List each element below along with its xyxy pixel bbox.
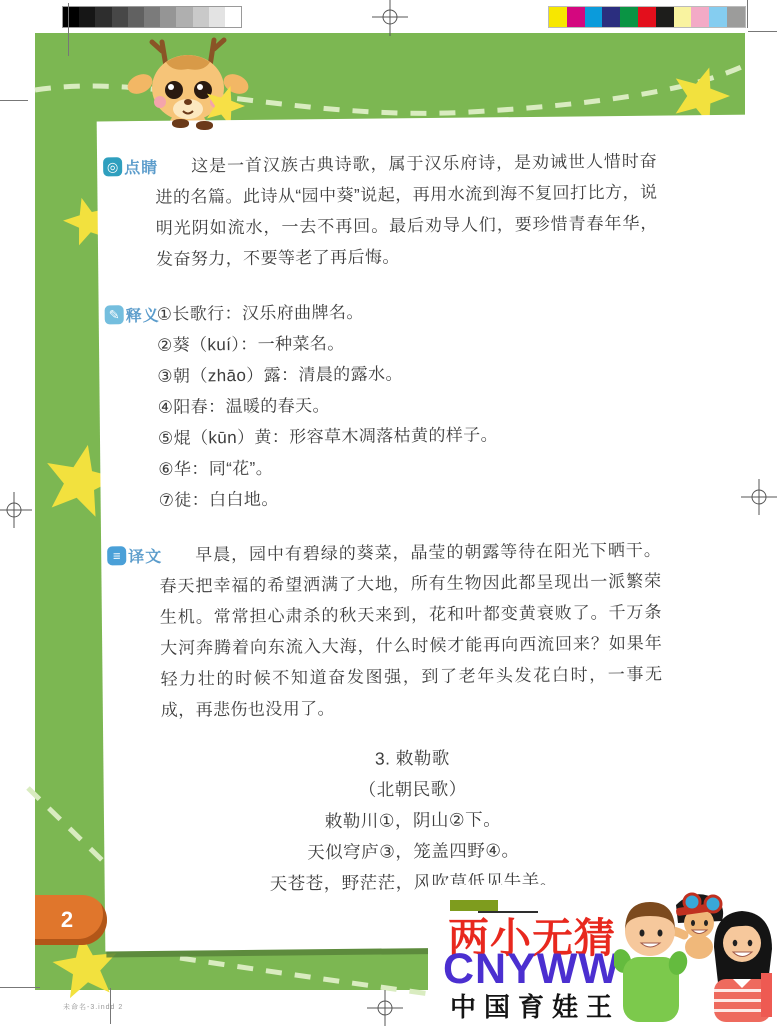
page-number-tab: 2 [35, 895, 107, 945]
dianjing-text: 这是一首汉族古典诗歌，属于汉乐府诗，是劝诫世人惜时奋进的名篇。此诗从“园中葵”说… [155, 146, 658, 275]
crop-mark [0, 100, 28, 101]
calibration-swatch [674, 7, 692, 27]
color-calibration-bar [548, 6, 746, 28]
calibration-swatch [95, 7, 111, 27]
watermark-slogan: 中国育娃王 [450, 987, 620, 1024]
badge-label: 点睛 [124, 155, 158, 178]
calibration-swatch [160, 7, 176, 27]
calibration-swatch [638, 7, 656, 27]
yiwen-text: 早晨，园中有碧绿的葵菜，晶莹的朝露等待在阳光下晒干。春天把幸福的希望洒满了大地，… [159, 535, 663, 726]
deer-hoof [196, 121, 213, 130]
scanned-book-page: ◎ 点睛 这是一首汉族古典诗歌，属于汉乐府诗，是劝诫世人惜时奋进的名篇。此诗从“… [0, 0, 777, 1024]
yiwen-badge: ≡ 译文 [107, 544, 162, 568]
registration-mark-top [372, 0, 408, 36]
registration-mark-left [0, 492, 32, 528]
badge-label: 译文 [128, 544, 162, 567]
watermark-block: 两小无猜 CNYWW 中国育娃王 [428, 885, 777, 1024]
calibration-swatch [585, 7, 603, 27]
section-shiyi: ✎ 释义 ①长歌行：汉乐府曲牌名。 ②葵（kuí）：一种菜名。 ③朝（zhāo）… [157, 294, 661, 516]
family-cartoon [614, 885, 777, 1022]
crop-mark [68, 3, 69, 56]
calibration-swatch [193, 7, 209, 27]
crop-mark [0, 987, 40, 988]
section-dianjing: ◎ 点睛 这是一首汉族古典诗歌，属于汉乐府诗，是劝诫世人惜时奋进的名篇。此诗从“… [155, 146, 658, 275]
content-card: ◎ 点睛 这是一首汉族古典诗歌，属于汉乐府诗，是劝诫世人惜时奋进的名篇。此诗从“… [97, 115, 770, 952]
deer-hoof [172, 119, 189, 128]
calibration-swatch [112, 7, 128, 27]
page-number: 2 [61, 907, 73, 933]
calibration-swatch [620, 7, 638, 27]
definition-item: ⑦徒：白白地。 [158, 480, 660, 516]
calibration-swatch [225, 7, 241, 27]
calibration-swatch [209, 7, 225, 27]
calibration-swatch [128, 7, 144, 27]
section-yiwen: ≡ 译文 早晨，园中有碧绿的葵菜，晶莹的朝露等待在阳光下晒干。春天把幸福的希望洒… [159, 535, 663, 726]
calibration-swatch [602, 7, 620, 27]
badge-label: 释义 [126, 303, 160, 326]
calibration-swatch [176, 7, 192, 27]
shiyi-badge: ✎ 释义 [105, 303, 160, 327]
calibration-swatch [144, 7, 160, 27]
calibration-swatch [727, 7, 745, 27]
grayscale-calibration-bar [62, 6, 242, 28]
crop-mark [747, 0, 748, 28]
calibration-swatch [79, 7, 95, 27]
dianjing-badge: ◎ 点睛 [103, 155, 158, 179]
registration-mark-right [741, 479, 777, 515]
poem-block: 3. 敕勒歌 （北朝民歌） 敕勒川①，阴山②下。 天似穹庐③，笼盖四野④。 天苍… [161, 741, 665, 901]
lines-icon: ≡ [107, 546, 126, 565]
calibration-swatch [691, 7, 709, 27]
target-icon: ◎ [103, 157, 122, 176]
calibration-swatch [709, 7, 727, 27]
registration-mark-bottom [367, 990, 403, 1024]
watermark-red-bar [761, 973, 772, 1017]
footer-file-label: 未命名-3.indd 2 [63, 1002, 123, 1012]
calibration-swatch [549, 7, 567, 27]
calibration-swatch [63, 7, 79, 27]
calibration-swatch [567, 7, 585, 27]
crop-mark [748, 31, 777, 32]
calibration-swatch [656, 7, 674, 27]
pencil-icon: ✎ [105, 305, 124, 324]
